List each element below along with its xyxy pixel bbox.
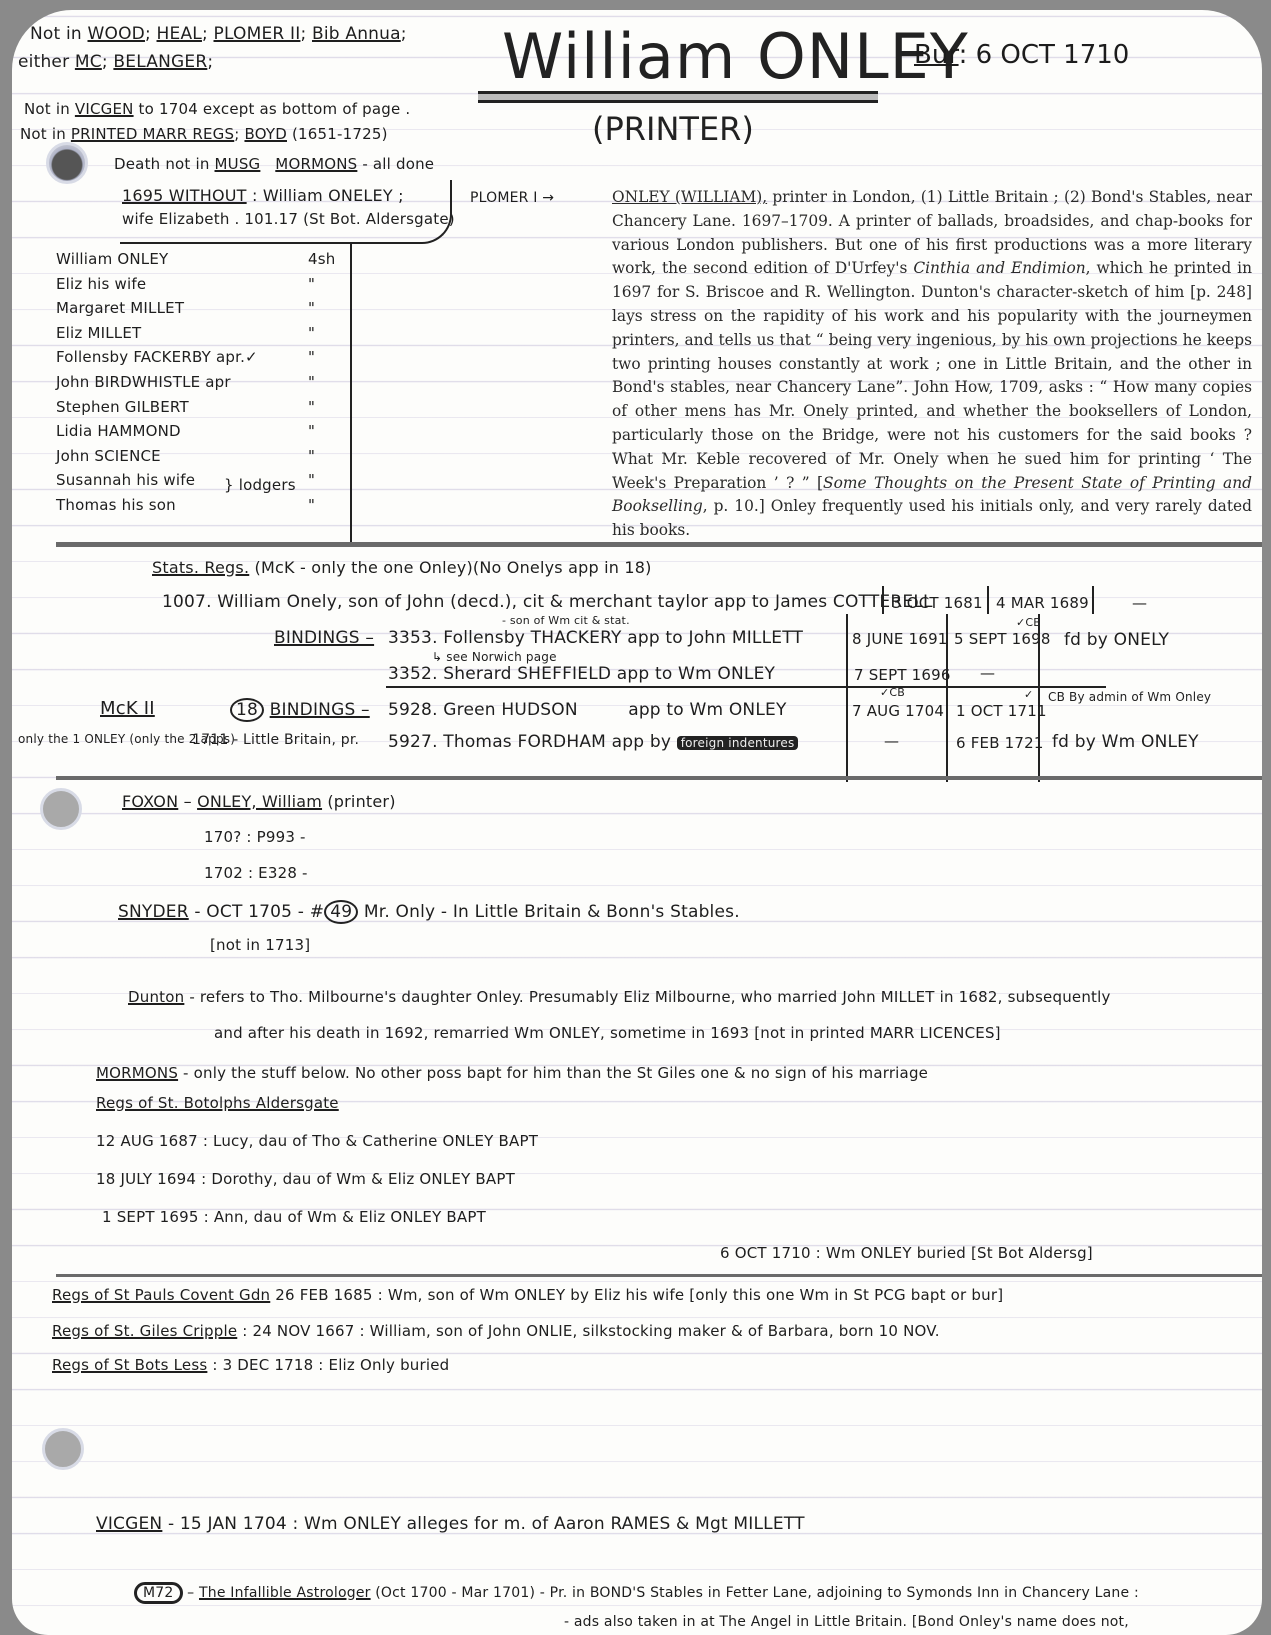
household-tax: 4sh (308, 250, 335, 268)
household-member: Susannah his wife (56, 471, 195, 489)
entry-1007: 1007. William Onely, son of John (decd.)… (162, 592, 933, 612)
st-botolphs-entry-1: 12 AUG 1687 : Lucy, dau of Tho & Catheri… (96, 1132, 538, 1150)
m72-entry: M72 – The Infallible Astrologer (Oct 170… (134, 1582, 1139, 1604)
st-botolphs-heading: Regs of St. Botolphs Aldersgate (96, 1094, 339, 1112)
plomer-label: PLOMER I → (470, 190, 554, 206)
foxon-item-2: 1702 : E328 - (204, 864, 308, 882)
st-botolphs-entry-2: 18 JULY 1694 : Dorothy, dau of Wm & Eliz… (96, 1170, 515, 1188)
burial-value: : 6 OCT 1710 (959, 40, 1130, 70)
snyder-number-badge: 49 (324, 900, 358, 924)
page-subtitle: (PRINTER) (592, 110, 754, 148)
snyder-entry: SNYDER - OCT 1705 - #49 Mr. Only - In Li… (118, 900, 740, 924)
dunton-text-2: and after his death in 1692, remarried W… (214, 1024, 749, 1042)
vicgen-entry: VICGEN - 15 JAN 1704 : Wm ONLEY alleges … (96, 1514, 805, 1534)
bindings-18-heading: BINDINGS – (270, 700, 370, 720)
st-giles-entry: Regs of St. Giles Cripple : 24 NOV 1667 … (52, 1322, 940, 1340)
mck2-label: McK II (100, 698, 155, 719)
household-member: Stephen GILBERT (56, 398, 189, 416)
source-mc: MC (75, 52, 102, 72)
household-member: Lidia HAMMOND (56, 422, 181, 440)
mormons-entry: MORMONS - only the stuff below. No other… (96, 1064, 928, 1082)
page-title: William ONLEY (502, 20, 969, 93)
household-divider (350, 242, 352, 542)
bindings-heading: BINDINGS – (274, 628, 374, 648)
household-member: Eliz MILLET (56, 324, 141, 342)
binding-3352-date-2: — (980, 664, 995, 682)
st-botolphs-entry-3: 1 SEPT 1695 : Ann, dau of Wm & Eliz ONLE… (102, 1208, 486, 1226)
mormons-rest: - all done (362, 155, 434, 173)
burial-note: [St Bot Aldersg] (971, 1244, 1093, 1262)
binding-3352-note: ↳ see Norwich page (432, 650, 557, 664)
table-line (987, 586, 989, 614)
foxon-name: ONLEY, William (197, 792, 322, 811)
source-wood: WOOD (88, 24, 145, 44)
binding-3353-note: - son of Wm cit & stat. (502, 614, 630, 627)
without-bracket (120, 180, 452, 244)
household-tax: " (308, 471, 315, 489)
binding-3353: 3353. Follensby THACKERY app to John MIL… (388, 628, 803, 648)
household-tax: " (308, 373, 315, 391)
dunton-note: [not in printed MARR LICENCES] (754, 1024, 1000, 1042)
burial-date: Bur: 6 OCT 1710 (914, 40, 1129, 70)
either-sources-line: either MC; BELANGER; (18, 52, 213, 72)
binding-3353-date-1: 8 JUNE 1691 (852, 630, 948, 648)
binding-5928-name: 5928. Green HUDSON (388, 700, 578, 720)
binding-5927-result: fd by Wm ONLEY (1052, 732, 1199, 752)
m72-line-2: - ads also taken in at The Angel in Litt… (564, 1614, 1129, 1630)
entry-1007-date-3: — (1132, 594, 1147, 612)
household-tax: " (308, 324, 315, 342)
plomer-text-2: , which he printed in 1697 for S. Brisco… (612, 259, 1252, 491)
binding-3352-date-1: 7 SEPT 1696 (854, 666, 951, 684)
source-belanger: BELANGER (113, 52, 207, 72)
binding-5928-mark-2: ✓ (1024, 688, 1033, 701)
binding-5927-name: 5927. Thomas FORDHAM (388, 732, 606, 752)
foxon-note: (printer) (327, 792, 395, 811)
dunton-label: Dunton (128, 988, 184, 1006)
volume-18-badge: 18 (230, 698, 264, 722)
vicgen-note: Not in VICGEN to 1704 except as bottom o… (24, 100, 410, 118)
title-underline (478, 91, 878, 103)
death-prefix: Death not in (114, 155, 210, 173)
st-giles-label: Regs of St. Giles Cripple (52, 1322, 237, 1340)
household-member: Thomas his son (56, 496, 176, 514)
plomer-text-3: , p. 10.] Onley frequently used his init… (612, 497, 1252, 539)
st-bots-less-entry: Regs of St Bots Less : 3 DEC 1718 : Eliz… (52, 1356, 449, 1374)
mck2-place: 1711 - Little Britain, pr. (192, 732, 359, 748)
m72-badge: M72 (134, 1582, 183, 1604)
binding-5928-date-1: 7 AUG 1704 (852, 702, 944, 720)
entry-1007-date-1: 3 OCT 1681 (892, 594, 983, 612)
household-tax: " (308, 348, 315, 366)
st-bots-less-text: : 3 DEC 1718 : Eliz Only buried (212, 1356, 449, 1374)
dunton-line-1: Dunton - refers to Tho. Milbourne's daug… (128, 988, 1111, 1006)
notebook-page: Not in WOOD; HEAL; PLOMER II; Bib Annua;… (12, 10, 1262, 1635)
death-note: Death not in MUSG MORMONS - all done (114, 155, 434, 173)
snyder-label: SNYDER (118, 902, 189, 922)
section-divider-2 (56, 776, 1262, 780)
stats-regs-label: Stats. Regs. (152, 558, 249, 577)
plomer-clipping: ONLEY (WILLIAM), printer in London, (1) … (612, 186, 1252, 543)
snyder-date: - OCT 1705 - # (194, 902, 324, 922)
source-plomer-2: PLOMER II (214, 24, 301, 44)
punch-hole-middle (40, 788, 82, 830)
m72-title: The Infallible Astrologer (199, 1585, 371, 1601)
dunton-line-2: and after his death in 1692, remarried W… (214, 1024, 1001, 1042)
stats-regs-heading: Stats. Regs. (McK - only the one Onley)(… (152, 558, 652, 577)
household-tax: " (308, 496, 315, 514)
section-divider-1 (56, 542, 1262, 547)
household-tax: " (308, 275, 315, 293)
household-member: John SCIENCE (56, 447, 161, 465)
household-tax: " (308, 422, 315, 440)
mormons-label: MORMONS (96, 1064, 178, 1082)
burial-entry: 6 OCT 1710 : Wm ONLEY buried (720, 1244, 966, 1262)
st-botolphs-burial: 6 OCT 1710 : Wm ONLEY buried [St Bot Ald… (720, 1244, 1093, 1262)
binding-5927: 5927. Thomas FORDHAM app by foreign inde… (388, 732, 798, 752)
burial-label: Bur (914, 40, 959, 70)
mormons-text: - only the stuff below. No other poss ba… (183, 1064, 928, 1082)
marr-prefix: Not in (20, 125, 66, 143)
binding-5927-date-2: 6 FEB 1721 (956, 734, 1044, 752)
source-heal: HEAL (157, 24, 202, 44)
marr-regs-note: Not in PRINTED MARR REGS; BOYD (1651-172… (20, 125, 388, 143)
st-bots-less-label: Regs of St Bots Less (52, 1356, 207, 1374)
st-pauls-text: 26 FEB 1685 : Wm, son of Wm ONLEY by Eli… (275, 1286, 684, 1304)
binding-5927-note: foreign indentures (677, 736, 799, 750)
household-tax: " (308, 299, 315, 317)
plomer-headword: ONLEY (WILLIAM), (612, 188, 767, 206)
binding-5928-result: CB By admin of Wm Onley (1048, 690, 1248, 704)
boyd-range: (1651-1725) (292, 125, 388, 143)
binding-3352: 3352. Sherard SHEFFIELD app to Wm ONLEY (388, 664, 775, 684)
household-member: Follensby FACKERBY apr.✓ (56, 348, 258, 366)
household-member: John BIRDWHISTLE apr (56, 373, 231, 391)
vicgen-rest: to 1704 except as bottom of page . (139, 100, 411, 118)
stats-regs-note-1: (McK - only the one Onley) (255, 558, 473, 577)
household-member: Margaret MILLET (56, 299, 184, 317)
snyder-text: Mr. Only - In Little Britain & Bonn's St… (364, 902, 740, 922)
household-member: William ONLEY (56, 250, 168, 268)
either-prefix: either (18, 52, 69, 72)
vicgen-text: - 15 JAN 1704 : Wm ONLEY alleges for m. … (168, 1514, 805, 1534)
lodgers-label: } lodgers (224, 476, 296, 494)
bindings-18-label: 18 BINDINGS – (230, 698, 370, 722)
binding-5928-mark-1: ✓CB (880, 686, 905, 699)
stats-regs-note-2: (No Onelys app in 18) (473, 558, 652, 577)
binding-3353-result: fd by ONELY (1064, 630, 1169, 650)
vicgen-label: VICGEN (96, 1514, 162, 1534)
plomer-italic-1: Cinthia and Endimion (913, 259, 1085, 277)
st-pauls-label: Regs of St Pauls Covent Gdn (52, 1286, 270, 1304)
binding-5927-date-1: — (884, 732, 899, 750)
st-pauls-entry: Regs of St Pauls Covent Gdn 26 FEB 1685 … (52, 1286, 1003, 1304)
table-line (1038, 614, 1040, 782)
source-boyd: BOYD (244, 125, 287, 143)
household-member: Eliz his wife (56, 275, 146, 293)
bindings-label: BINDINGS – (274, 628, 374, 648)
mck2-heading: McK II (100, 698, 155, 719)
source-mormons: MORMONS (275, 155, 357, 173)
binding-5928: 5928. Green HUDSON app to Wm ONLEY (388, 700, 787, 720)
vicgen-prefix: Not in (24, 100, 70, 118)
household-tax: " (308, 447, 315, 465)
household-tax: " (308, 398, 315, 416)
table-line (882, 586, 884, 614)
entry-1007-date-2: 4 MAR 1689 (996, 594, 1089, 612)
source-vicgen: VICGEN (75, 100, 134, 118)
m72-text-1: (Oct 1700 - Mar 1701) - Pr. in BOND'S St… (375, 1585, 1139, 1601)
source-bib-annua: Bib Annua (312, 24, 401, 44)
binding-5928-date-2: 1 OCT 1711 (956, 702, 1047, 720)
punch-hole-bottom (42, 1428, 84, 1470)
table-line (846, 614, 848, 782)
section-divider-3 (56, 1274, 1262, 1277)
st-giles-text: : 24 NOV 1667 : William, son of John ONL… (242, 1322, 940, 1340)
table-line (1092, 586, 1094, 614)
not-in-sources-line: Not in WOOD; HEAL; PLOMER II; Bib Annua; (30, 24, 407, 44)
not-in-prefix: Not in (30, 24, 82, 44)
dunton-text-1: - refers to Tho. Milbourne's daughter On… (189, 988, 1110, 1006)
foxon-item-1: 170? : P993 - (204, 828, 306, 846)
binding-5927-app: app by (612, 732, 671, 752)
table-line (386, 686, 1106, 688)
source-printed-marr-regs: PRINTED MARR REGS (71, 125, 234, 143)
snyder-note: [not in 1713] (210, 936, 310, 954)
foxon-entry: FOXON – ONLEY, William (printer) (122, 792, 396, 811)
binding-5928-app: app to Wm ONLEY (628, 700, 786, 720)
foxon-label: FOXON (122, 792, 178, 811)
punch-hole-top (46, 142, 88, 184)
source-musg: MUSG (215, 155, 261, 173)
table-line (946, 614, 948, 782)
binding-3353-date-2: 5 SEPT 1698 (954, 630, 1051, 648)
st-pauls-note: [only this one Wm in St PCG bapt or bur] (689, 1286, 1003, 1304)
